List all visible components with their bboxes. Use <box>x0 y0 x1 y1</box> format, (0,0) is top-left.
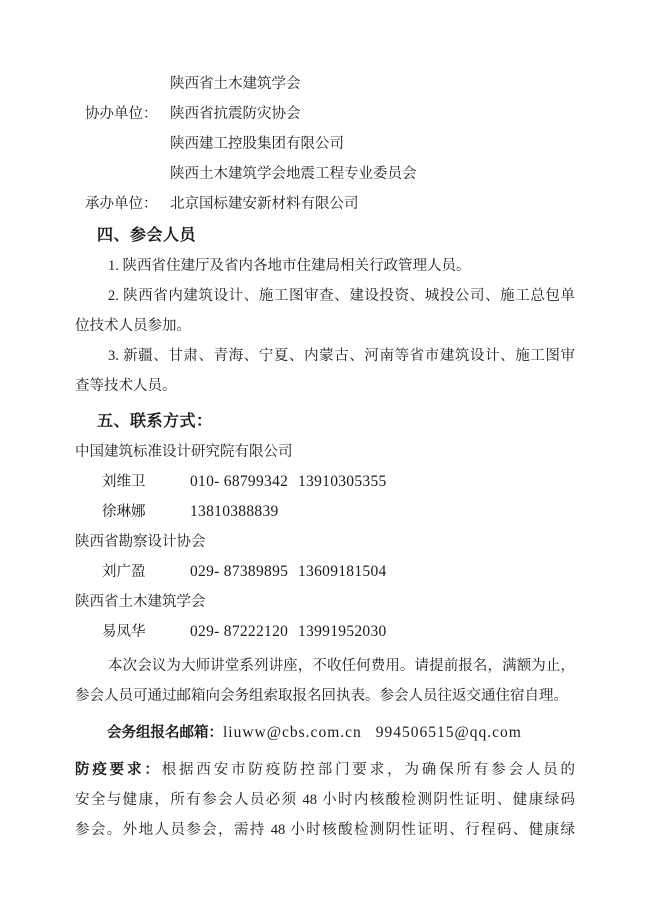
participant-item-continuation: 位技术人员参加。 <box>75 311 575 341</box>
contact-person-name: 徐琳娜 <box>102 497 146 527</box>
contacts-list: 中国建筑标准设计研究院有限公司刘维卫010- 68799342139103053… <box>75 437 575 647</box>
covid-line: 安全与健康，所有参会人员必须 48 小时内核酸检测阴性证明、健康绿码 <box>75 785 575 815</box>
contact-person-row: 徐琳娜13810388839 <box>75 497 575 527</box>
contact-phone-1: 010- 68799342 <box>190 467 288 497</box>
covid-line: 参会。外地人员参会，需持 48 小时核酸检测阴性证明、行程码、健康绿 <box>75 815 575 845</box>
contact-person-name: 刘维卫 <box>102 467 146 497</box>
contact-person-row: 刘广盈029- 8738989513609181504 <box>75 557 575 587</box>
covid-label: 防疫要求： <box>75 762 162 778</box>
participant-item-line: 2. 陕西省内建筑设计、施工图审查、建设投资、城投公司、施工总包单 <box>75 281 575 311</box>
covid-text: 根据西安市防疫防控部门要求，为确保所有参会人员的 <box>162 762 575 778</box>
contact-person-name: 易凤华 <box>102 617 146 647</box>
email-address-2: 994506515@qq.com <box>376 724 522 741</box>
organizer-name: 北京国标建安新材料有限公司 <box>170 189 359 219</box>
organizer-row: 协办单位：陕西省抗震防灾协会 <box>75 99 575 129</box>
organizer-name: 陕西土木建筑学会地震工程专业委员会 <box>170 159 417 189</box>
notice-paragraph: 本次会议为大师讲堂系列讲座，不收任何费用。请提前报名，满额为止，参会人员可通过邮… <box>75 651 575 711</box>
contact-phone-1: 029- 87389895 <box>190 557 288 587</box>
contact-organization: 陕西省勘察设计协会 <box>75 527 575 557</box>
organizer-name: 陕西省抗震防灾协会 <box>170 99 301 129</box>
organizer-block: 陕西省土木建筑学会协办单位：陕西省抗震防灾协会陕西建工控股集团有限公司陕西土木建… <box>75 69 575 219</box>
section-contacts-heading: 五、联系方式： <box>75 407 575 437</box>
contact-phone-1: 13810388839 <box>190 497 279 527</box>
participants-list: 1. 陕西省住建厅及省内各地市住建局相关行政管理人员。2. 陕西省内建筑设计、施… <box>75 251 575 401</box>
organizer-name: 陕西建工控股集团有限公司 <box>170 129 344 159</box>
organizer-name: 陕西省土木建筑学会 <box>170 69 301 99</box>
organizer-role-label: 承办单位： <box>85 189 158 219</box>
organizer-role-label: 协办单位： <box>85 99 158 129</box>
registration-email-line: 会务组报名邮箱：liuww@cbs.com.cn994506515@qq.com <box>75 718 575 748</box>
contact-phone-1: 029- 87222120 <box>190 617 288 647</box>
organizer-row: 陕西土木建筑学会地震工程专业委员会 <box>75 159 575 189</box>
contact-phone-2: 13910305355 <box>298 467 387 497</box>
notice-line: 参会人员可通过邮箱向会务组索取报名回执表。参会人员往返交通住宿自理。 <box>75 681 575 711</box>
contact-person-name: 刘广盈 <box>102 557 146 587</box>
covid-line: 防疫要求：根据西安市防疫防控部门要求，为确保所有参会人员的 <box>75 755 575 785</box>
document-content: 陕西省土木建筑学会协办单位：陕西省抗震防灾协会陕西建工控股集团有限公司陕西土木建… <box>75 69 575 845</box>
section-participants-heading: 四、参会人员 <box>75 221 575 251</box>
notice-line: 本次会议为大师讲堂系列讲座，不收任何费用。请提前报名，满额为止， <box>75 651 575 681</box>
organizer-row: 陕西省土木建筑学会 <box>75 69 575 99</box>
contact-organization: 中国建筑标准设计研究院有限公司 <box>75 437 575 467</box>
contact-phone-2: 13991952030 <box>298 617 387 647</box>
participant-item-line: 3. 新疆、甘肃、青海、宁夏、内蒙古、河南等省市建筑设计、施工图审 <box>75 341 575 371</box>
organizer-row: 陕西建工控股集团有限公司 <box>75 129 575 159</box>
contact-organization: 陕西省土木建筑学会 <box>75 587 575 617</box>
document-page: 陕西省土木建筑学会协办单位：陕西省抗震防灾协会陕西建工控股集团有限公司陕西土木建… <box>0 0 650 919</box>
contact-person-row: 刘维卫010- 6879934213910305355 <box>75 467 575 497</box>
covid-paragraph: 防疫要求：根据西安市防疫防控部门要求，为确保所有参会人员的安全与健康，所有参会人… <box>75 755 575 845</box>
email-label: 会务组报名邮箱： <box>107 725 223 741</box>
email-address-1: liuww@cbs.com.cn <box>223 724 362 741</box>
participant-item-line: 1. 陕西省住建厅及省内各地市住建局相关行政管理人员。 <box>75 251 575 281</box>
participant-item-continuation: 查等技术人员。 <box>75 371 575 401</box>
contact-person-row: 易凤华029- 8722212013991952030 <box>75 617 575 647</box>
contact-phone-2: 13609181504 <box>298 557 387 587</box>
organizer-row: 承办单位：北京国标建安新材料有限公司 <box>75 189 575 219</box>
